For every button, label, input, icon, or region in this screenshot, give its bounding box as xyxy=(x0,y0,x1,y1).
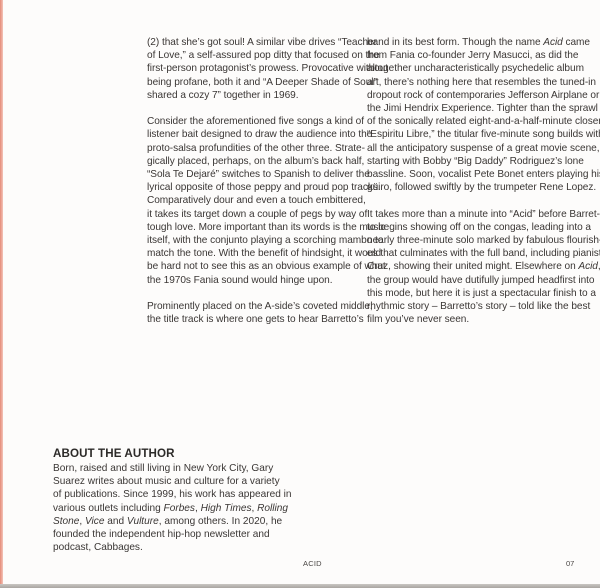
publication-name: Forbes xyxy=(164,503,195,514)
paragraph: Prominently placed on the A-side’s covet… xyxy=(147,300,367,326)
paragraph: Consider the aforementioned five songs a… xyxy=(147,115,367,287)
paragraph: (2) that she’s got soul! A similar vibe … xyxy=(147,36,367,102)
page-bottom-edge-shadow xyxy=(0,584,600,588)
publication-name: Rolling xyxy=(257,503,288,514)
publication-name: Vice xyxy=(85,516,104,527)
about-author-heading: ABOUT THE AUTHOR xyxy=(53,447,273,460)
publication-name: Stone xyxy=(53,516,79,527)
paragraph: It takes more than a minute into “Acid” … xyxy=(367,208,592,327)
album-title-italic: Acid xyxy=(578,261,597,272)
article-right-column: band in its best form. Though the name A… xyxy=(367,36,592,340)
article-left-column: (2) that she’s got soul! A similar vibe … xyxy=(147,36,367,340)
publication-name: Vulture xyxy=(127,516,159,527)
page-number: 07 xyxy=(566,559,574,568)
about-author-bio: Born, raised and still living in New Yor… xyxy=(53,462,273,554)
about-the-author-section: ABOUT THE AUTHOR Born, raised and still … xyxy=(53,447,273,554)
publication-name: High Times xyxy=(201,503,252,514)
album-title-italic: Acid xyxy=(543,37,562,48)
booklet-page: (2) that she’s got soul! A similar vibe … xyxy=(0,0,600,584)
paragraph: band in its best form. Though the name A… xyxy=(367,36,592,194)
page-left-edge-color-strip xyxy=(0,0,3,584)
running-footer-title: ACID xyxy=(303,559,322,568)
